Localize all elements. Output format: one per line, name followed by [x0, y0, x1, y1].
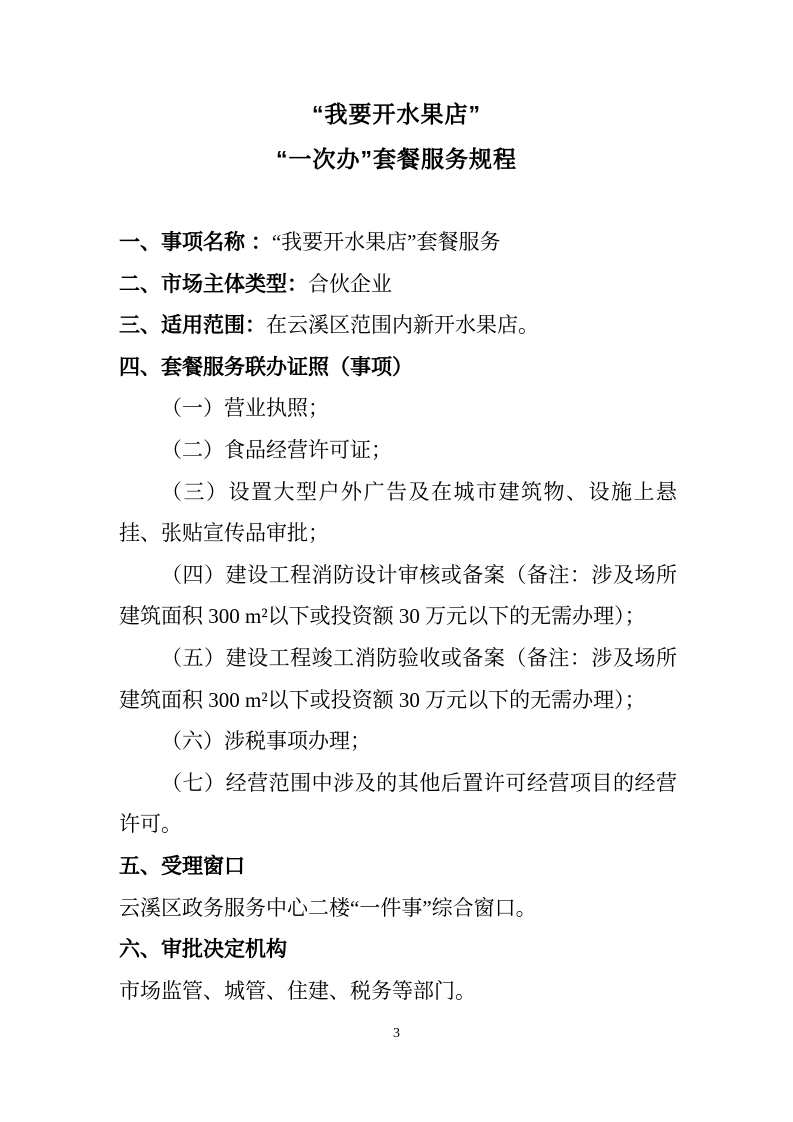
section-heading: 四、套餐服务联办证照（事项） [119, 347, 677, 389]
section-text: 合伙企业 [308, 272, 392, 296]
page-number: 3 [0, 1024, 793, 1044]
section-text: （六）涉税事项办理； [161, 729, 371, 753]
section-label: 四、套餐服务联办证照（事项） [119, 356, 413, 379]
list-item: （六）涉税事项办理； [119, 721, 677, 763]
section-heading: 一、事项名称 ：“我要开水果店”套餐服务 [119, 222, 677, 264]
list-item: （一）营业执照； [119, 388, 677, 430]
paragraph: 市场监管、城管、住建、税务等部门。 [119, 971, 677, 1013]
document-body: 一、事项名称 ：“我要开水果店”套餐服务二、市场主体类型：合伙企业三、适用范围：… [0, 222, 793, 1012]
section-heading: 五、受理窗口 [119, 846, 677, 888]
section-text: 市场监管、城管、住建、税务等部门。 [119, 979, 476, 1003]
document-title-line2: “一次办”套餐服务规程 [0, 137, 793, 182]
list-item: （四）建设工程消防设计审核或备案（备注：涉及场所建筑面积 300 m²以下或投资… [119, 555, 677, 638]
document-title-line1: “我要开水果店” [0, 0, 793, 137]
section-text: （五）建设工程竣工消防验收或备案（备注：涉及场所建筑面积 300 m²以下或投资… [119, 646, 677, 712]
section-text: （七）经营范围中涉及的其他后置许可经营项目的经营许可。 [119, 771, 677, 837]
section-text: （四）建设工程消防设计审核或备案（备注：涉及场所建筑面积 300 m²以下或投资… [119, 563, 677, 629]
list-item: （二）食品经营许可证； [119, 430, 677, 472]
section-label: 五、受理窗口 [119, 855, 245, 878]
section-text: 在云溪区范围内新开水果店。 [266, 313, 539, 337]
section-label: 二、市场主体类型： [119, 273, 308, 296]
paragraph: 云溪区政务服务中心二楼“一件事”综合窗口。 [119, 888, 677, 930]
section-text: （二）食品经营许可证； [161, 438, 392, 462]
section-text: （一）营业执照； [161, 396, 329, 420]
section-label: 三、适用范围： [119, 314, 266, 337]
list-item: （三）设置大型户外广告及在城市建筑物、设施上悬挂、张贴宣传品审批； [119, 472, 677, 555]
section-heading: 六、审批决定机构 [119, 929, 677, 971]
section-text: 云溪区政务服务中心二楼“一件事”综合窗口。 [119, 896, 537, 920]
section-text: “我要开水果店”套餐服务 [272, 230, 501, 254]
section-text: （三）设置大型户外广告及在城市建筑物、设施上悬挂、张贴宣传品审批； [119, 480, 677, 546]
list-item: （七）经营范围中涉及的其他后置许可经营项目的经营许可。 [119, 763, 677, 846]
section-heading: 二、市场主体类型：合伙企业 [119, 264, 677, 306]
section-label: 一、事项名称 ： [119, 231, 272, 254]
section-label: 六、审批决定机构 [119, 938, 287, 961]
document-page: “我要开水果店” “一次办”套餐服务规程 一、事项名称 ：“我要开水果店”套餐服… [0, 0, 793, 1122]
section-heading: 三、适用范围：在云溪区范围内新开水果店。 [119, 305, 677, 347]
list-item: （五）建设工程竣工消防验收或备案（备注：涉及场所建筑面积 300 m²以下或投资… [119, 638, 677, 721]
